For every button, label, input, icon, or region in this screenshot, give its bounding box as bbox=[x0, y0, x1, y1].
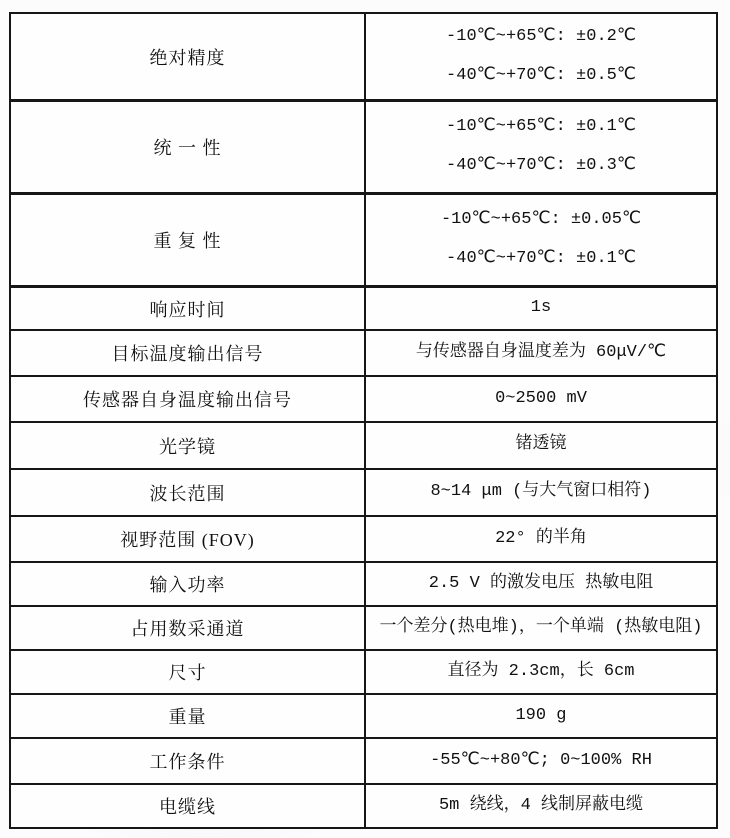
spec-value-line: 2.5 V 的激发电压 热敏电阻 bbox=[429, 575, 653, 594]
spec-value: -10℃~+65℃: ±0.2℃ -40℃~+70℃: ±0.5℃ bbox=[366, 14, 716, 99]
spec-value-line: -55℃~+80℃; 0~100% RH bbox=[430, 752, 652, 771]
spec-label: 目标温度输出信号 bbox=[11, 331, 366, 375]
spec-label: 占用数采通道 bbox=[11, 607, 366, 649]
spec-label: 波长范围 bbox=[11, 470, 366, 515]
table-row-weight: 重量 190 g bbox=[11, 693, 716, 737]
table-row-response-time: 响应时间 1s bbox=[11, 285, 716, 329]
spec-value-line: -40℃~+70℃: ±0.5℃ bbox=[446, 67, 636, 86]
spec-value-line: -10℃~+65℃: ±0.1℃ bbox=[446, 118, 636, 137]
table-row-cable: 电缆线 5m 绕线，4 线制屏蔽电缆 bbox=[11, 783, 716, 827]
spec-label: 工作条件 bbox=[11, 739, 366, 783]
spec-value-line: 8~14 μm (与大气窗口相符) bbox=[430, 483, 651, 502]
spec-label: 尺寸 bbox=[11, 651, 366, 693]
sensor-spec-table: 绝对精度 -10℃~+65℃: ±0.2℃ -40℃~+70℃: ±0.5℃ 统… bbox=[9, 12, 718, 829]
table-row-optics: 光学镜 锗透镜 bbox=[11, 421, 716, 468]
spec-value: -10℃~+65℃: ±0.05℃ -40℃~+70℃: ±0.1℃ bbox=[366, 195, 716, 285]
spec-label: 重量 bbox=[11, 695, 366, 737]
spec-label: 输入功率 bbox=[11, 563, 366, 605]
table-row-daq-channels: 占用数采通道 一个差分(热电堆)，一个单端 (热敏电阻) bbox=[11, 605, 716, 649]
table-row-fov: 视野范围 (FOV) 22° 的半角 bbox=[11, 515, 716, 561]
spec-value: 锗透镜 bbox=[366, 423, 716, 468]
spec-label: 光学镜 bbox=[11, 423, 366, 468]
table-row-repeatability: 重 复 性 -10℃~+65℃: ±0.05℃ -40℃~+70℃: ±0.1℃ bbox=[11, 192, 716, 285]
spec-value-line: -10℃~+65℃: ±0.05℃ bbox=[441, 211, 641, 230]
spec-value-line: 直径为 2.3cm，长 6cm bbox=[447, 663, 634, 682]
spec-value: 22° 的半角 bbox=[366, 517, 716, 561]
spec-value-line: 5m 绕线，4 线制屏蔽电缆 bbox=[439, 797, 643, 816]
spec-label: 电缆线 bbox=[11, 785, 366, 827]
spec-value: 8~14 μm (与大气窗口相符) bbox=[366, 470, 716, 515]
spec-value: 直径为 2.3cm，长 6cm bbox=[366, 651, 716, 693]
spec-value-line: 一个差分(热电堆)，一个单端 (热敏电阻) bbox=[379, 619, 702, 638]
spec-label: 统 一 性 bbox=[11, 102, 366, 192]
spec-value-line: -10℃~+65℃: ±0.2℃ bbox=[446, 28, 636, 47]
spec-value: 2.5 V 的激发电压 热敏电阻 bbox=[366, 563, 716, 605]
table-row-uniformity: 统 一 性 -10℃~+65℃: ±0.1℃ -40℃~+70℃: ±0.3℃ bbox=[11, 99, 716, 192]
spec-value: 与传感器自身温度差为 60μV/℃ bbox=[366, 331, 716, 375]
table-row-input-power: 输入功率 2.5 V 的激发电压 热敏电阻 bbox=[11, 561, 716, 605]
document-page: 绝对精度 -10℃~+65℃: ±0.2℃ -40℃~+70℃: ±0.5℃ 统… bbox=[0, 0, 730, 838]
table-row-dimensions: 尺寸 直径为 2.3cm，长 6cm bbox=[11, 649, 716, 693]
spec-value-line: 0~2500 mV bbox=[495, 390, 587, 409]
spec-value: 190 g bbox=[366, 695, 716, 737]
spec-label: 重 复 性 bbox=[11, 195, 366, 285]
table-row-target-temp-signal: 目标温度输出信号 与传感器自身温度差为 60μV/℃ bbox=[11, 329, 716, 375]
spec-value-line: 锗透镜 bbox=[516, 436, 567, 455]
spec-label: 绝对精度 bbox=[11, 14, 366, 99]
spec-value: -55℃~+80℃; 0~100% RH bbox=[366, 739, 716, 783]
spec-value-line: -40℃~+70℃: ±0.3℃ bbox=[446, 157, 636, 176]
spec-value-line: 1s bbox=[531, 299, 551, 318]
spec-value: 1s bbox=[366, 288, 716, 329]
table-row-wavelength-range: 波长范围 8~14 μm (与大气窗口相符) bbox=[11, 468, 716, 515]
spec-label: 视野范围 (FOV) bbox=[11, 517, 366, 561]
spec-value-line: 190 g bbox=[515, 707, 566, 726]
spec-value: 一个差分(热电堆)，一个单端 (热敏电阻) bbox=[366, 607, 716, 649]
spec-value: -10℃~+65℃: ±0.1℃ -40℃~+70℃: ±0.3℃ bbox=[366, 102, 716, 192]
spec-value-line: 与传感器自身温度差为 60μV/℃ bbox=[416, 344, 666, 363]
table-row-operating-conditions: 工作条件 -55℃~+80℃; 0~100% RH bbox=[11, 737, 716, 783]
spec-value: 0~2500 mV bbox=[366, 377, 716, 421]
spec-value: 5m 绕线，4 线制屏蔽电缆 bbox=[366, 785, 716, 827]
spec-value-line: -40℃~+70℃: ±0.1℃ bbox=[446, 250, 636, 269]
spec-label: 传感器自身温度输出信号 bbox=[11, 377, 366, 421]
table-row-absolute-accuracy: 绝对精度 -10℃~+65℃: ±0.2℃ -40℃~+70℃: ±0.5℃ bbox=[11, 14, 716, 99]
table-row-sensor-temp-signal: 传感器自身温度输出信号 0~2500 mV bbox=[11, 375, 716, 421]
spec-label: 响应时间 bbox=[11, 288, 366, 329]
spec-value-line: 22° 的半角 bbox=[495, 530, 587, 549]
